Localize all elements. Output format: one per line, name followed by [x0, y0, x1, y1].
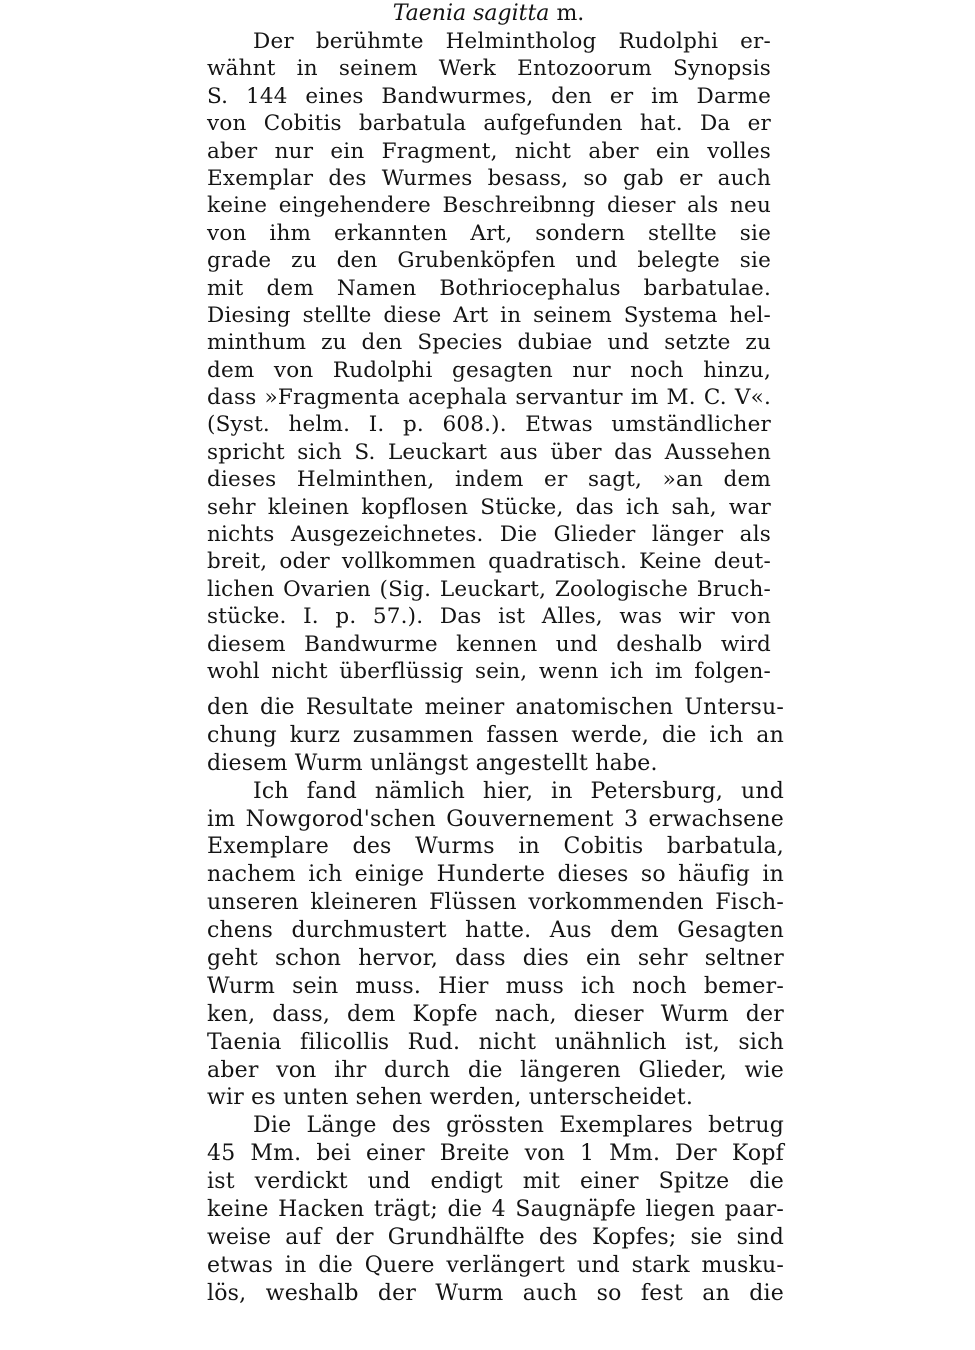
text-line: Exemplar des Wurmes besass, so gab er au…: [207, 165, 771, 192]
text-line: lichen Ovarien (Sig. Leuckart, Zoologisc…: [207, 576, 771, 603]
text-line: wir es unten sehen werden, unterscheidet…: [207, 1084, 784, 1112]
text-line: Ich fand nämlich hier, in Petersburg, un…: [207, 778, 784, 806]
section-title: Taenia sagitta m.: [207, 0, 770, 28]
text-line: aber nur ein Fragment, nicht aber ein vo…: [207, 138, 771, 165]
text-line: keine eingehendere Beschreibnng dieser a…: [207, 192, 771, 219]
text-line: wähnt in seinem Werk Entozoorum Synopsis: [207, 55, 771, 82]
text-line: Exemplare des Wurms in Cobitis barbatula…: [207, 833, 784, 861]
text-line: dem von Rudolphi gesagten nur noch hinzu…: [207, 357, 771, 384]
text-line: weise auf der Grundhälfte des Kopfes; si…: [207, 1224, 784, 1252]
text-line: chens durchmustert hatte. Aus dem Gesagt…: [207, 917, 784, 945]
text-line: unseren kleineren Flüssen vorkommenden F…: [207, 889, 784, 917]
text-line: chung kurz zusammen fassen werde, die ic…: [207, 722, 784, 750]
text-line: sehr kleinen kopflosen Stücke, das ich s…: [207, 494, 771, 521]
text-line: dieses Helminthen, indem er sagt, »an de…: [207, 466, 771, 493]
scanned-page: Taenia sagitta m. Der berühmte Helmintho…: [0, 0, 975, 1350]
text-line: im Nowgorod'schen Gouvernement 3 erwachs…: [207, 806, 784, 834]
text-line: (Syst. helm. I. p. 608.). Etwas umständl…: [207, 411, 771, 438]
text-line: mit dem Namen Bothriocephalus barbatulae…: [207, 275, 771, 302]
text-line: nachem ich einige Hunderte dieses so häu…: [207, 861, 784, 889]
text-line: von Cobitis barbatula aufgefunden hat. D…: [207, 110, 771, 137]
text-block-2: den die Resultate meiner anatomischen Un…: [207, 694, 784, 1308]
text-line: dass »Fragmenta acephala servantur im M.…: [207, 384, 771, 411]
text-line: aber von ihr durch die längeren Glieder,…: [207, 1057, 784, 1085]
text-block-1: Der berühmte Helmintholog Rudolphi er- w…: [207, 28, 771, 685]
text-line: spricht sich S. Leuckart aus über das Au…: [207, 439, 771, 466]
text-line: diesem Bandwurme kennen und deshalb wird: [207, 631, 771, 658]
text-line: Wurm sein muss. Hier muss ich noch bemer…: [207, 973, 784, 1001]
text-line: Diesing stellte diese Art in seinem Syst…: [207, 302, 771, 329]
text-line: ken, dass, dem Kopfe nach, dieser Wurm d…: [207, 1001, 784, 1029]
text-line: ist verdickt und endigt mit einer Spitze…: [207, 1168, 784, 1196]
title-suffix: m.: [556, 1, 584, 26]
title-species: Taenia sagitta: [393, 1, 550, 26]
text-line: wohl nicht überflüssig sein, wenn ich im…: [207, 658, 771, 685]
text-line: 45 Mm. bei einer Breite von 1 Mm. Der Ko…: [207, 1140, 784, 1168]
text-line: grade zu den Grubenköpfen und belegte si…: [207, 247, 771, 274]
text-line: minthum zu den Species dubiae und setzte…: [207, 329, 771, 356]
text-line: Der berühmte Helmintholog Rudolphi er-: [207, 28, 771, 55]
text-line: Die Länge des grössten Exemplares betrug: [207, 1112, 784, 1140]
text-line: Taenia filicollis Rud. nicht unähnlich i…: [207, 1029, 784, 1057]
text-line: den die Resultate meiner anatomischen Un…: [207, 694, 784, 722]
text-line: nichts Ausgezeichnetes. Die Glieder läng…: [207, 521, 771, 548]
text-line: geht schon hervor, dass dies ein sehr se…: [207, 945, 784, 973]
text-line: diesem Wurm unlängst angestellt habe.: [207, 750, 784, 778]
text-line: etwas in die Quere verlängert und stark …: [207, 1252, 784, 1280]
text-line: lös, weshalb der Wurm auch so fest an di…: [207, 1280, 784, 1308]
text-line: stücke. I. p. 57.). Das ist Alles, was w…: [207, 603, 771, 630]
text-line: keine Hacken trägt; die 4 Saugnäpfe lieg…: [207, 1196, 784, 1224]
text-line: breit, oder vollkommen quadratisch. Kein…: [207, 548, 771, 575]
text-line: von ihm erkannten Art, sondern stellte s…: [207, 220, 771, 247]
text-line: S. 144 eines Bandwurmes, den er im Darme: [207, 83, 771, 110]
